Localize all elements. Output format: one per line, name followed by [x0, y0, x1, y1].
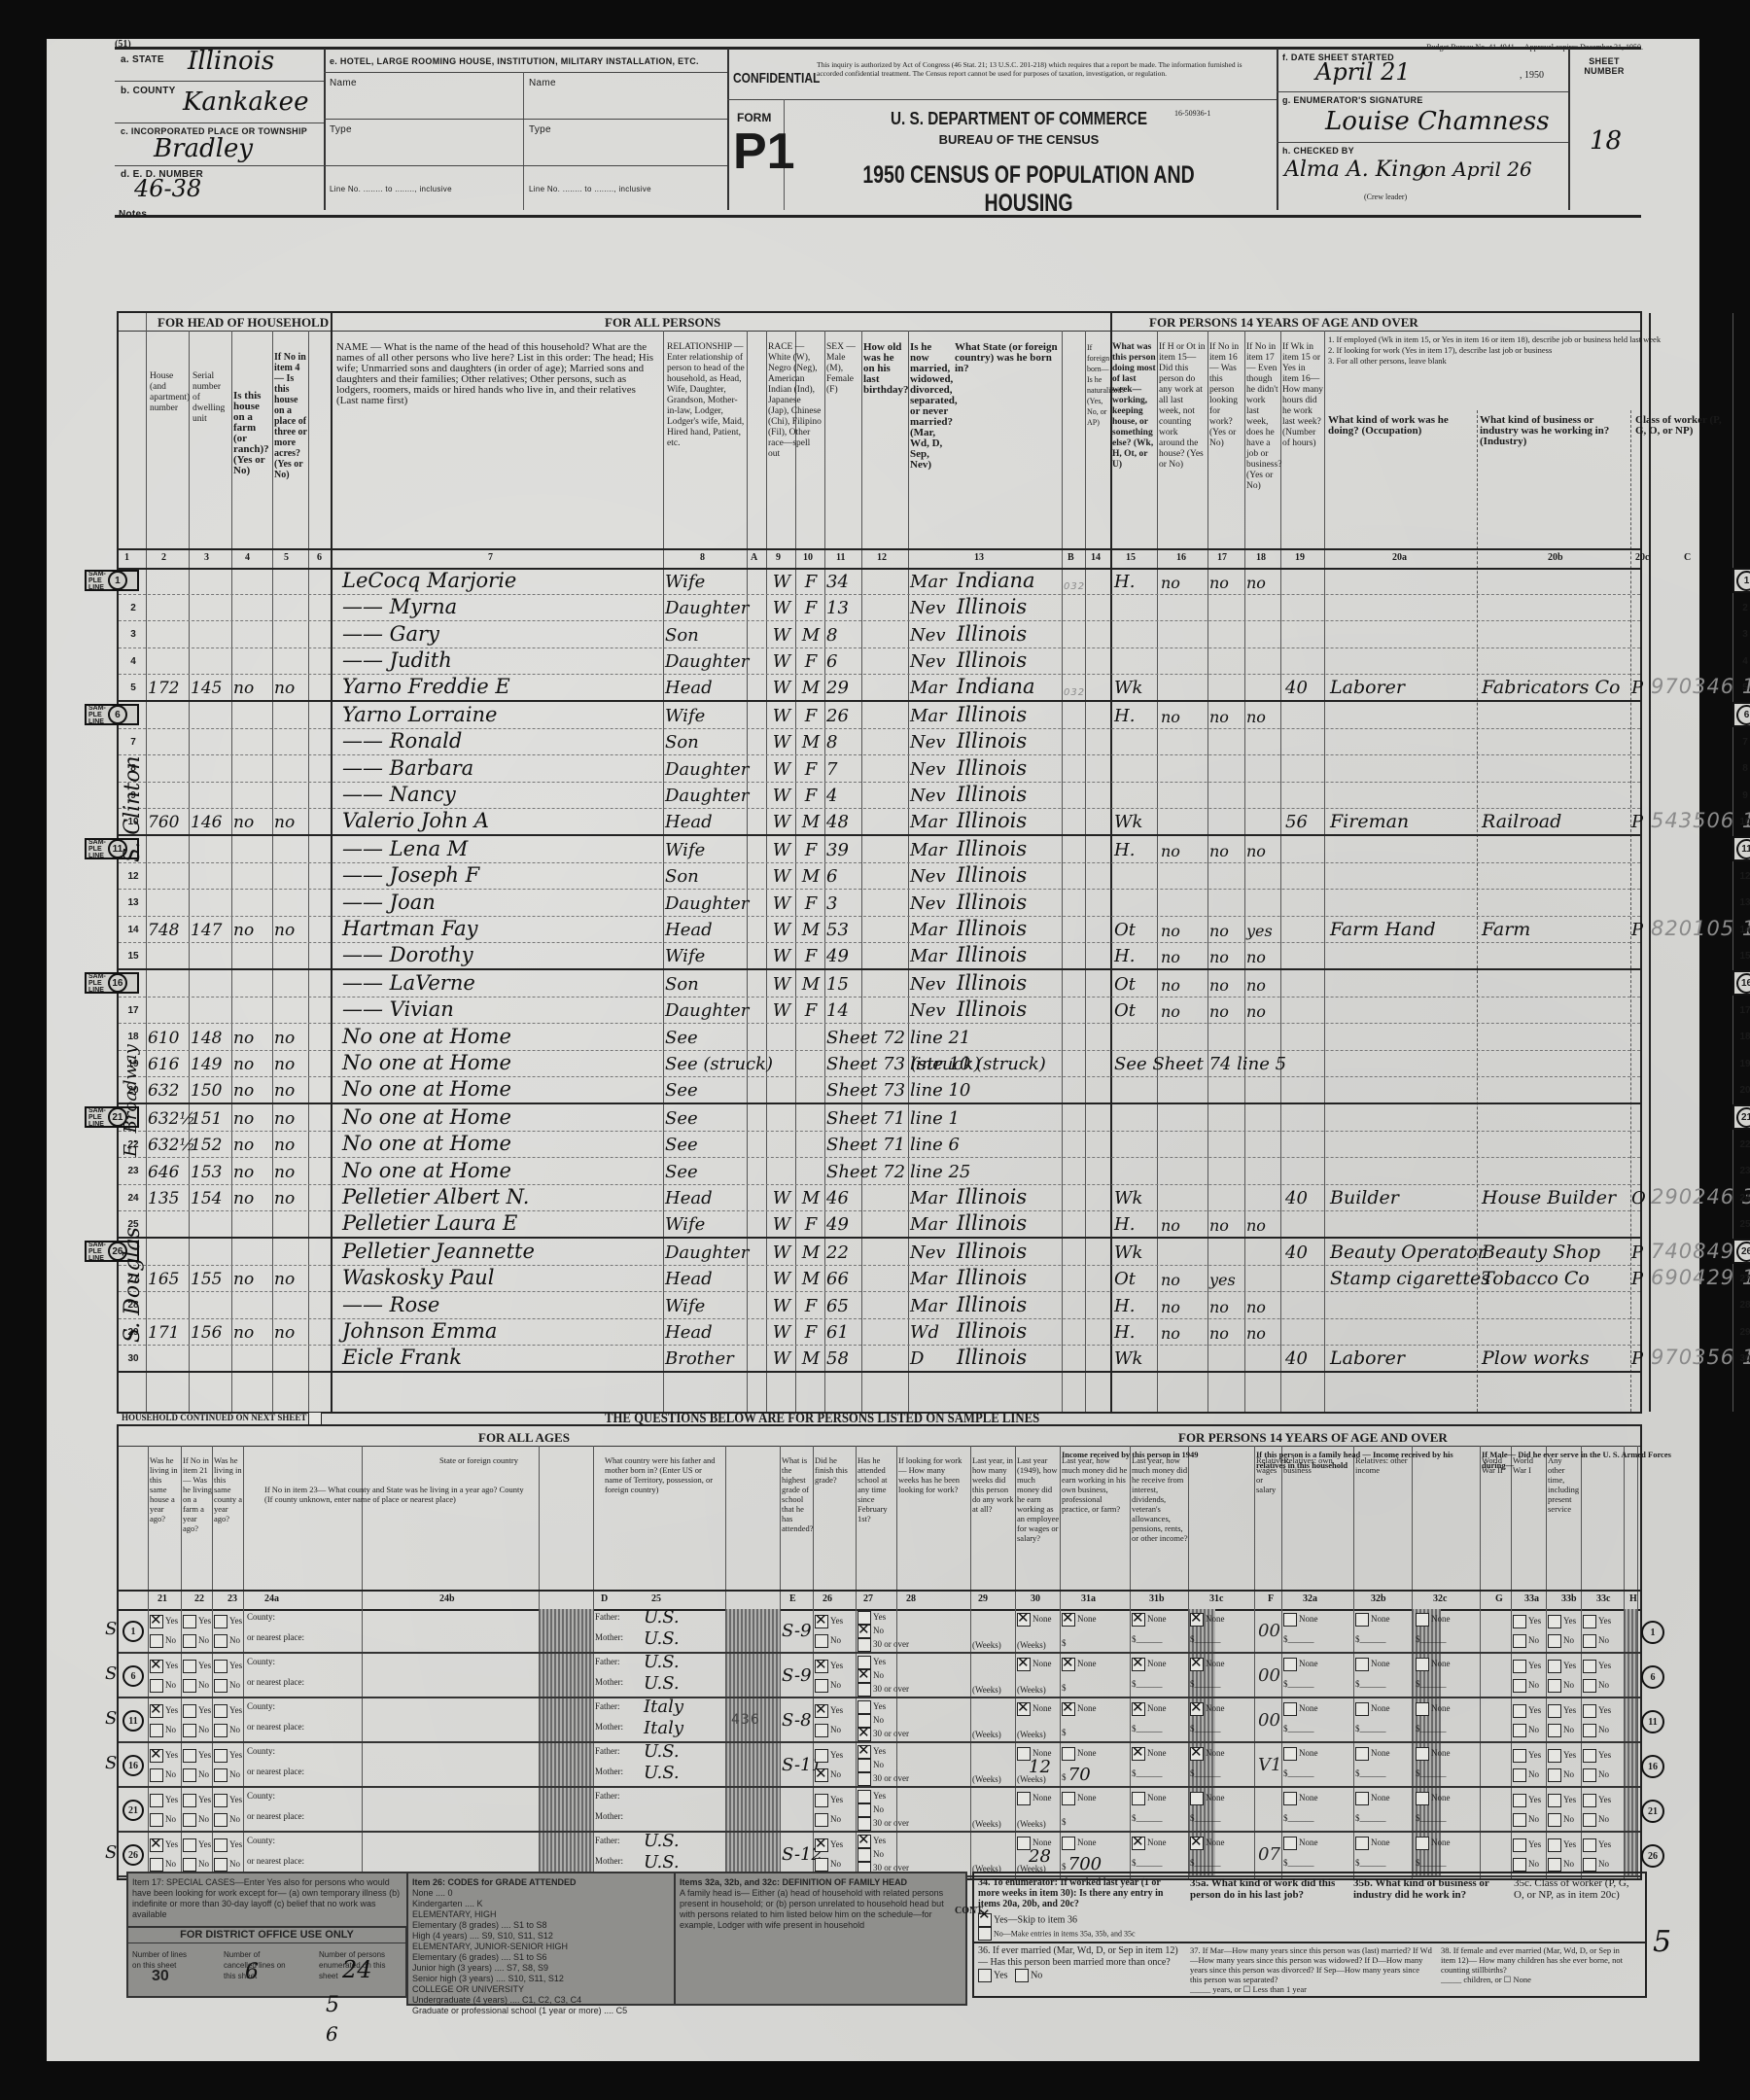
q33-no[interactable]: No: [1548, 1724, 1574, 1737]
q33-yes[interactable]: Yes: [1583, 1704, 1611, 1718]
hotel-label: e. HOTEL, LARGE ROOMING HOUSE, INSTITUTI…: [330, 56, 738, 66]
cell-hours: [1285, 783, 1322, 809]
q27-yes[interactable]: Yes: [815, 1615, 843, 1628]
q32-none[interactable]: None: [1283, 1792, 1318, 1805]
q28-no[interactable]: No: [857, 1759, 884, 1772]
table-row: LeCocq MarjorieWifeWF34MarIndiana032H.no…: [119, 568, 1640, 595]
cell-class: [1631, 997, 1649, 1024]
q23-yes[interactable]: Yes: [214, 1838, 242, 1852]
cell-house: [148, 1239, 191, 1265]
q28-no[interactable]: No: [857, 1803, 884, 1817]
cell-race: W: [768, 729, 795, 755]
q35a: 35a. What kind of work did this person d…: [1190, 1877, 1346, 1901]
q32-none[interactable]: None: [1416, 1747, 1451, 1761]
q28-30-over[interactable]: 30 or over: [857, 1772, 909, 1786]
q31c-none[interactable]: None: [1190, 1792, 1225, 1805]
q31b-none[interactable]: None: [1132, 1747, 1167, 1761]
leave-blank-f: 00: [1258, 1665, 1280, 1686]
cell-b: [1064, 890, 1085, 916]
q23-yes[interactable]: Yes: [214, 1704, 242, 1718]
grade-attended: S-8: [782, 1710, 812, 1731]
cell-industry: [1482, 648, 1627, 675]
cell-code: [1651, 1292, 1732, 1318]
cell-farm: [233, 997, 272, 1024]
cell-sex: F: [797, 836, 824, 862]
cell-col15: H.: [1114, 836, 1157, 862]
q23-yes[interactable]: Yes: [214, 1749, 242, 1763]
column-number: 10: [803, 552, 813, 563]
sample-check-mark: S: [105, 1619, 117, 1639]
cell-house: [148, 943, 191, 968]
q33-yes[interactable]: Yes: [1548, 1838, 1576, 1852]
q32-none[interactable]: None: [1355, 1613, 1390, 1627]
q34-no[interactable]: No—Make entries in items 35a, 35b, and 3…: [978, 1927, 1182, 1941]
col-4-header: Is this house on a farm (or ranch)? (Yes…: [233, 391, 270, 476]
cell-col16: [1161, 675, 1206, 700]
q28-yes[interactable]: Yes: [857, 1835, 886, 1848]
sample-line-circle-right: 1: [1641, 1621, 1664, 1644]
sample-line-table: THE QUESTIONS BELOW ARE FOR PERSONS LIST…: [117, 1424, 1642, 1880]
q23-no[interactable]: No: [214, 1813, 240, 1827]
q28-30-over[interactable]: 30 or over: [857, 1817, 909, 1831]
cell-race: W: [768, 997, 795, 1024]
sample-line-circle-right: 6: [1641, 1665, 1664, 1689]
q31c-none[interactable]: None: [1190, 1613, 1225, 1627]
cell-acres: [274, 595, 309, 621]
cell-race: [768, 1104, 795, 1131]
cell-rel: Head: [665, 809, 747, 834]
sample-row: 6SYesNoYesNoYesNoCounty:or nearest place…: [119, 1654, 1640, 1698]
q33-no[interactable]: No: [1513, 1634, 1539, 1648]
household-continued-checkbox[interactable]: HOUSEHOLD CONTINUED ON NEXT SHEET: [122, 1412, 324, 1425]
q32-none[interactable]: None: [1283, 1837, 1318, 1850]
q33-no[interactable]: No: [1548, 1813, 1574, 1827]
q33-no[interactable]: No: [1583, 1858, 1609, 1872]
cell-serial: [191, 783, 231, 809]
cell-acres: [274, 970, 309, 997]
q31c-none[interactable]: None: [1190, 1747, 1225, 1761]
cell-acres: [274, 836, 309, 862]
column-number: 15: [1126, 552, 1136, 563]
cell-farm: no: [233, 1077, 272, 1102]
q33-no[interactable]: No: [1513, 1724, 1539, 1737]
cell-house: 632½: [148, 1104, 191, 1131]
q33-yes[interactable]: Yes: [1513, 1749, 1541, 1763]
q33-yes[interactable]: Yes: [1513, 1615, 1541, 1628]
q23-no[interactable]: No: [214, 1858, 240, 1872]
q34-yes[interactable]: Yes—Skip to item 36: [978, 1913, 1182, 1927]
q22-yes[interactable]: Yes: [183, 1704, 211, 1718]
county-label: County:: [247, 1746, 275, 1756]
cell-b: [1064, 648, 1085, 675]
q32-amount: $______: [1355, 1724, 1386, 1733]
cell-birthplace: Illinois: [957, 917, 1062, 943]
q32-none[interactable]: None: [1416, 1702, 1451, 1716]
q32-amount: $______: [1416, 1634, 1447, 1644]
cell-col15: Ot: [1114, 997, 1157, 1024]
grade-code: Graduate or professional school (1 year …: [412, 2006, 677, 2016]
sample-line-circle: 6: [122, 1665, 144, 1687]
mother-label: Mother:: [595, 1722, 623, 1732]
q31b-none[interactable]: None: [1132, 1658, 1167, 1671]
section-lower-persons-14: FOR PERSONS 14 YEARS OF AGE AND OVER: [1178, 1430, 1448, 1446]
q21-yes[interactable]: Yes: [150, 1838, 178, 1852]
q21-no[interactable]: No: [150, 1634, 176, 1648]
q22-no[interactable]: No: [183, 1768, 209, 1782]
q31c-none[interactable]: None: [1190, 1702, 1225, 1716]
lower-group-header: Income received by this person in 1949: [1062, 1450, 1276, 1460]
population-table: FOR HEAD OF HOUSEHOLD FOR ALL PERSONS FO…: [117, 311, 1642, 1414]
q23-no[interactable]: No: [214, 1634, 240, 1648]
notes-label: Notes: [119, 209, 147, 220]
q31a-none[interactable]: None: [1062, 1658, 1097, 1671]
q23-no[interactable]: No: [214, 1768, 240, 1782]
q22-no[interactable]: No: [183, 1634, 209, 1648]
column-number: 14: [1091, 552, 1101, 563]
cell-code: [1651, 755, 1732, 782]
enumerator-signature: Louise Chamness: [1325, 107, 1550, 136]
q23-yes[interactable]: Yes: [214, 1615, 242, 1628]
q21-no[interactable]: No: [150, 1724, 176, 1737]
cell-race: W: [768, 1319, 795, 1346]
table-row: —— VivianDaughterWF14NevIllinoisOtnonono…: [119, 997, 1640, 1025]
table-row: —— Lena MWifeWF39MarIllinoisH.nonono1111…: [119, 836, 1640, 863]
q28-30-over[interactable]: 30 or over: [857, 1638, 909, 1652]
q23-no[interactable]: No: [214, 1724, 240, 1737]
q21-yes[interactable]: Yes: [150, 1704, 178, 1718]
q32-none[interactable]: None: [1355, 1658, 1390, 1671]
cell-farm: [233, 890, 272, 916]
q21-yes[interactable]: Yes: [150, 1749, 178, 1763]
cell-col16: no: [1161, 1319, 1206, 1346]
q32-amount: $______: [1283, 1634, 1314, 1644]
cell-serial: 149: [191, 1051, 231, 1077]
cell-serial: 156: [191, 1319, 231, 1346]
cell-col17: [1209, 1158, 1244, 1184]
cell-name: No one at Home: [342, 1051, 663, 1077]
q31a-none[interactable]: None: [1062, 1837, 1097, 1850]
hotel-name-label: Name: [330, 78, 357, 88]
q21-no[interactable]: No: [150, 1813, 176, 1827]
q33-no[interactable]: No: [1513, 1813, 1539, 1827]
q31c-none[interactable]: None: [1190, 1658, 1225, 1671]
q32-none[interactable]: None: [1283, 1702, 1318, 1716]
mother-birthplace: U.S.: [644, 1673, 680, 1694]
cell-sex: M: [797, 970, 824, 997]
cell-class: [1631, 595, 1649, 621]
q31c-none[interactable]: None: [1190, 1837, 1225, 1850]
q33-yes[interactable]: Yes: [1513, 1704, 1541, 1718]
q33-yes[interactable]: Yes: [1548, 1660, 1576, 1673]
q31a-none[interactable]: None: [1062, 1747, 1097, 1761]
q32-none[interactable]: None: [1355, 1792, 1390, 1805]
cell-age: 48: [826, 809, 908, 834]
q28-30-over[interactable]: 30 or over: [857, 1728, 909, 1741]
q31b-none[interactable]: None: [1132, 1792, 1167, 1805]
q33-no[interactable]: No: [1583, 1768, 1609, 1782]
cell-serial: 154: [191, 1185, 231, 1211]
q33-no[interactable]: No: [1583, 1634, 1609, 1648]
q32-none[interactable]: None: [1283, 1613, 1318, 1627]
mother-label: Mother:: [595, 1811, 623, 1821]
cell-hours: 40: [1285, 1185, 1322, 1211]
q30-none[interactable]: None: [1017, 1702, 1052, 1716]
cell-rel: Head: [665, 1319, 747, 1346]
cell-birthplace: Illinois: [957, 729, 1062, 755]
q33-yes[interactable]: Yes: [1548, 1794, 1576, 1807]
q33-no[interactable]: No: [1548, 1858, 1574, 1872]
q33-yes[interactable]: Yes: [1583, 1794, 1611, 1807]
hotel-type-label: Type: [330, 124, 352, 135]
q32-none[interactable]: None: [1283, 1747, 1318, 1761]
cell-industry: [1482, 729, 1627, 755]
col-20b-header: What kind of business or industry was he…: [1480, 415, 1626, 447]
crew-leader-label: (Crew leader): [1364, 192, 1407, 201]
q21-no[interactable]: No: [150, 1679, 176, 1693]
cell-occupation: Fireman: [1330, 809, 1476, 834]
father-label: Father:: [595, 1657, 620, 1666]
cell-class: P: [1631, 1346, 1649, 1371]
q22-yes[interactable]: Yes: [183, 1615, 211, 1628]
nearest-place-label: or nearest place:: [247, 1811, 304, 1821]
q32-none[interactable]: None: [1416, 1837, 1451, 1850]
col-17-header: If No in item 16— Was this person lookin…: [1209, 342, 1244, 449]
q22-yes[interactable]: Yes: [183, 1794, 211, 1807]
lower-column-number: 21: [157, 1593, 167, 1604]
q31b-none[interactable]: None: [1132, 1702, 1167, 1716]
lower-col-header: If looking for work— How many weeks has …: [898, 1455, 966, 1494]
cell-class: P: [1631, 1239, 1649, 1265]
q33-no[interactable]: No: [1548, 1679, 1574, 1693]
cell-serial: 146: [191, 809, 231, 834]
hotel-line-label-2: Line No. ........ to ........, inclusive: [529, 185, 651, 193]
cell-col16: no: [1161, 997, 1206, 1024]
state-value: Illinois: [188, 47, 274, 76]
cell-industry: Plow works: [1482, 1346, 1627, 1371]
q30-none[interactable]: None: [1017, 1792, 1052, 1805]
q27-yes[interactable]: Yes: [815, 1794, 843, 1807]
q21-yes[interactable]: Yes: [150, 1794, 178, 1807]
cell-col16: [1161, 1104, 1206, 1131]
form-title: 1950 CENSUS OF POPULATION AND HOUSING: [839, 161, 1218, 218]
ask-questions-below-marker: 11ASKQUES.BELOW: [1732, 836, 1750, 861]
col-20c-header: Class of worker (P, G, O, or NP): [1635, 415, 1732, 437]
cell-col16: no: [1161, 1211, 1206, 1237]
cell-b: [1064, 1077, 1085, 1102]
cell-acres: [274, 1292, 309, 1318]
cell-sex: M: [797, 621, 824, 647]
q22-no[interactable]: No: [183, 1813, 209, 1827]
q33-yes[interactable]: Yes: [1583, 1615, 1611, 1628]
cell-house: [148, 1346, 191, 1371]
cell-code: [1651, 836, 1732, 862]
q32-none[interactable]: None: [1355, 1837, 1390, 1850]
sample-line-circle: 21: [122, 1800, 144, 1821]
q27-no[interactable]: No: [815, 1724, 841, 1737]
q27-no[interactable]: No: [815, 1768, 841, 1782]
q27-yes[interactable]: Yes: [815, 1749, 843, 1763]
cell-col18: no: [1246, 568, 1279, 594]
q28-no[interactable]: No: [857, 1848, 884, 1862]
q27-yes[interactable]: Yes: [815, 1704, 843, 1718]
cell-b: [1064, 702, 1085, 728]
q32-amount: $______: [1355, 1813, 1386, 1823]
cell-hours: [1285, 1211, 1322, 1237]
cell-farm: no: [233, 809, 272, 834]
q32-amount: $______: [1283, 1858, 1314, 1868]
q28-yes[interactable]: Yes: [857, 1745, 886, 1759]
q22-no[interactable]: No: [183, 1679, 209, 1693]
q33-yes[interactable]: Yes: [1548, 1704, 1576, 1718]
q28-no[interactable]: No: [857, 1625, 884, 1638]
q36-options[interactable]: Yes No: [978, 1969, 1182, 1982]
q31b-none[interactable]: None: [1132, 1613, 1167, 1627]
cell-occupation: [1330, 783, 1476, 809]
cell-col16: [1161, 1132, 1206, 1158]
sample-line-circle: 16: [122, 1755, 144, 1776]
q32-none[interactable]: None: [1355, 1747, 1390, 1761]
cell-rel: Wife: [665, 943, 747, 968]
q32-none[interactable]: None: [1355, 1702, 1390, 1716]
cell-hours: [1285, 595, 1322, 621]
q21-no[interactable]: No: [150, 1768, 176, 1782]
cell-age: 66: [826, 1266, 908, 1292]
q28-no[interactable]: No: [857, 1669, 884, 1683]
q33-no[interactable]: No: [1583, 1813, 1609, 1827]
q33-yes[interactable]: Yes: [1548, 1749, 1576, 1763]
q31c-amount: $______: [1190, 1813, 1221, 1823]
form-label: FORM: [737, 111, 771, 124]
cell-name: Yarno Freddie E: [342, 675, 663, 700]
q22-no[interactable]: No: [183, 1858, 209, 1872]
q21-yes[interactable]: Yes: [150, 1660, 178, 1673]
grade-attended: S-9: [782, 1621, 812, 1641]
q31a-none[interactable]: None: [1062, 1613, 1097, 1627]
cell-b: [1064, 970, 1085, 997]
nearest-place-label: or nearest place:: [247, 1632, 304, 1642]
q21-no[interactable]: No: [150, 1858, 176, 1872]
q21-yes[interactable]: Yes: [150, 1615, 178, 1628]
q23-yes[interactable]: Yes: [214, 1660, 242, 1673]
line-number: 15: [1734, 951, 1750, 962]
q28-30-over[interactable]: 30 or over: [857, 1683, 909, 1697]
cell-house: 616: [148, 1051, 191, 1077]
q27-no[interactable]: No: [815, 1813, 841, 1827]
q32-none[interactable]: None: [1416, 1613, 1451, 1627]
cell-occupation: Stamp cigarettes: [1330, 1266, 1476, 1292]
q23-yes[interactable]: Yes: [214, 1794, 242, 1807]
q22-no[interactable]: No: [183, 1724, 209, 1737]
table-row: 616149nonoNo one at HomeSee (struck)Shee…: [119, 1051, 1640, 1078]
col-15-header: What was this person doing most of last …: [1112, 342, 1157, 471]
q33-no[interactable]: No: [1513, 1768, 1539, 1782]
cell-serial: [191, 1292, 231, 1318]
cell-race: W: [768, 890, 795, 916]
q32-none[interactable]: None: [1416, 1792, 1451, 1805]
q31a-none[interactable]: None: [1062, 1792, 1097, 1805]
cell-occupation: [1330, 621, 1476, 647]
q27-no[interactable]: No: [815, 1634, 841, 1648]
q33-no[interactable]: No: [1513, 1679, 1539, 1693]
q31b-none[interactable]: None: [1132, 1837, 1167, 1850]
q22-yes[interactable]: Yes: [183, 1660, 211, 1673]
cell-rel: Daughter: [665, 890, 747, 916]
cell-col17: [1209, 1132, 1244, 1158]
cell-col15: H.: [1114, 943, 1157, 968]
q33-yes[interactable]: Yes: [1513, 1838, 1541, 1852]
q27-yes[interactable]: Yes: [815, 1838, 843, 1852]
q32-amount: $______: [1283, 1768, 1314, 1778]
q33-yes[interactable]: Yes: [1583, 1838, 1611, 1852]
family-head-title: Items 32a, 32b, and 32c: DEFINITION OF F…: [680, 1877, 962, 1888]
q27-no[interactable]: No: [815, 1858, 841, 1872]
cell-col15: Wk: [1114, 809, 1157, 834]
q33-yes[interactable]: Yes: [1583, 1749, 1611, 1763]
q33-yes[interactable]: Yes: [1548, 1615, 1576, 1628]
q33-yes[interactable]: Yes: [1513, 1794, 1541, 1807]
q28-yes[interactable]: Yes: [857, 1700, 886, 1714]
cell-industry: [1482, 1104, 1627, 1131]
cell-industry: Railroad: [1482, 809, 1627, 834]
q31b-amount: $______: [1132, 1724, 1163, 1733]
cell-code: 970356 1: [1651, 1346, 1732, 1371]
cell-col17: [1209, 729, 1244, 755]
cell-serial: [191, 890, 231, 916]
cell-col18: [1246, 783, 1279, 809]
lower-col-header: What country were his father and mother …: [605, 1455, 721, 1494]
q32-none[interactable]: None: [1283, 1658, 1318, 1671]
cell-birthplace: Illinois: [957, 1239, 1062, 1265]
q33-no[interactable]: No: [1583, 1724, 1609, 1737]
q33-no[interactable]: No: [1548, 1768, 1574, 1782]
cell-col18: [1246, 729, 1279, 755]
q27-yes[interactable]: Yes: [815, 1660, 843, 1673]
q23-no[interactable]: No: [214, 1679, 240, 1693]
cell-race: [768, 1051, 795, 1077]
cell-race: W: [768, 863, 795, 890]
q33-no[interactable]: No: [1583, 1679, 1609, 1693]
cell-house: 760: [148, 809, 191, 834]
q22-yes[interactable]: Yes: [183, 1838, 211, 1852]
q22-yes[interactable]: Yes: [183, 1749, 211, 1763]
cell-hours: [1285, 1132, 1322, 1158]
q32-none[interactable]: None: [1416, 1658, 1451, 1671]
q31c-amount: $______: [1190, 1724, 1221, 1733]
q32-amount: $______: [1416, 1724, 1447, 1733]
lower-column-number: H: [1629, 1593, 1637, 1604]
q27-no[interactable]: No: [815, 1679, 841, 1693]
grade-code: High (4 years) .... S9, S10, S11, S12: [412, 1931, 677, 1942]
q31a-none[interactable]: None: [1062, 1702, 1097, 1716]
q33-yes[interactable]: Yes: [1583, 1660, 1611, 1673]
table-row: —— DorothyWifeWF49MarIllinoisH.nonono151…: [119, 943, 1640, 970]
cell-hours: [1285, 1292, 1322, 1318]
q30-none[interactable]: None: [1017, 1658, 1052, 1671]
q33-no[interactable]: No: [1548, 1634, 1574, 1648]
cell-birthplace: Illinois: [957, 595, 1062, 621]
q33-yes[interactable]: Yes: [1513, 1660, 1541, 1673]
q33-no[interactable]: No: [1513, 1858, 1539, 1872]
cell-serial: 148: [191, 1024, 231, 1050]
q28-yes[interactable]: Yes: [857, 1790, 886, 1803]
cell-farm: no: [233, 1024, 272, 1050]
below-mark-5: 5: [326, 1993, 339, 2017]
cell-age: 29: [826, 675, 908, 700]
q30-none[interactable]: None: [1017, 1613, 1052, 1627]
cell-col16: no: [1161, 943, 1206, 968]
lower-group-header: If Male— Did he ever serve in the U. S. …: [1482, 1450, 1696, 1471]
cell-hours: 40: [1285, 1346, 1322, 1371]
